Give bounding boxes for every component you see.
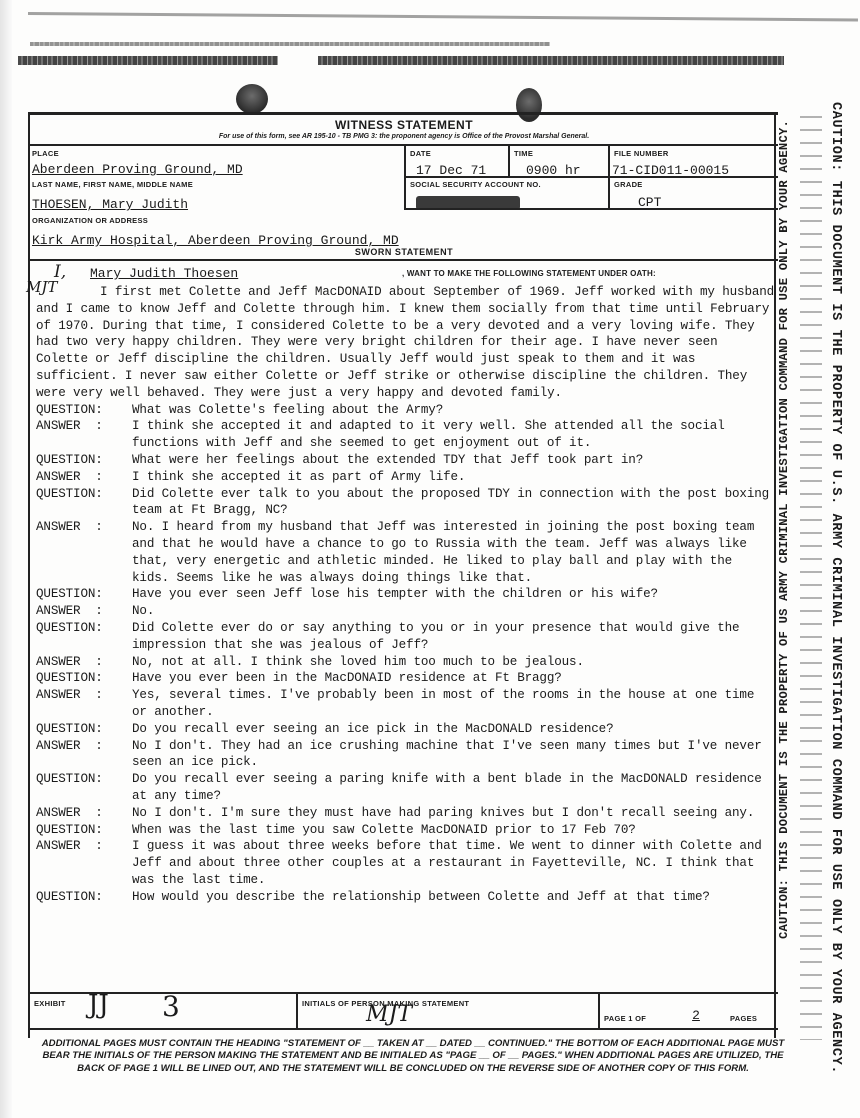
pages-label: PAGES [730,1014,757,1023]
form-right-border [774,112,776,1038]
question-row: QUESTION:Do you recall ever seeing a par… [36,771,776,805]
answer-row: ANSWER :No I don't. They had an ice crus… [36,738,776,772]
exhibit-label: EXHIBIT [34,999,66,1008]
qa-key: ANSWER : [36,418,132,452]
qa-text: Have you ever been in the MacDONAID resi… [132,670,776,687]
date-label: DATE [410,149,431,158]
scan-noise [800,110,822,1040]
divider [30,259,778,261]
question-row: QUESTION:Have you ever seen Jeff lose hi… [36,586,776,603]
grade-label: GRADE [614,180,643,189]
answer-row: ANSWER :No, not at all. I think she love… [36,654,776,671]
statement-body: I first met Colette and Jeff MacDONAID a… [36,284,776,905]
form-subtitle: For use of this form, see AR 195-10 - TB… [30,133,778,140]
scan-artifact-rule [28,12,858,22]
question-row: QUESTION:When was the last time you saw … [36,822,776,839]
qa-key: QUESTION: [36,486,132,520]
question-row: QUESTION:Do you recall ever seeing an ic… [36,721,776,738]
caution-notice-inner: CAUTION: THIS DOCUMENT IS THE PROPERTY O… [777,120,791,939]
qa-key: ANSWER : [36,469,132,486]
qa-key: QUESTION: [36,670,132,687]
qa-text: When was the last time you saw Colette M… [132,822,776,839]
question-row: QUESTION:Did Colette ever talk to you ab… [36,486,776,520]
qa-text: What were her feelings about the extende… [132,452,776,469]
scan-noise [30,42,550,46]
question-row: QUESTION:Have you ever been in the MacDO… [36,670,776,687]
oath-label: , WANT TO MAKE THE FOLLOWING STATEMENT U… [402,269,656,278]
qa-text: Did Colette ever talk to you about the p… [132,486,776,520]
scan-noise [318,56,784,65]
qa-text: Yes, several times. I've probably been i… [132,687,776,721]
qa-text: Do you recall ever seeing a paring knife… [132,771,776,805]
caution-notice-outer: CAUTION: THIS DOCUMENT IS THE PROPERTY O… [828,102,843,1074]
qa-key: ANSWER : [36,738,132,772]
page-total: 2 [676,1008,716,1023]
qa-text: I think she accepted it as part of Army … [132,469,776,486]
question-row: QUESTION:Did Colette ever do or say anyt… [36,620,776,654]
ssn-label: SOCIAL SECURITY ACCOUNT NO. [410,180,541,189]
answer-row: ANSWER :No I don't. I'm sure they must h… [36,805,776,822]
qa-text: I guess it was about three weeks before … [132,838,776,888]
qa-key: QUESTION: [36,586,132,603]
qa-key: ANSWER : [36,805,132,822]
answer-row: ANSWER :I guess it was about three weeks… [36,838,776,888]
divider [404,176,778,178]
scan-edge [0,0,12,1118]
qa-key: QUESTION: [36,771,132,805]
qa-text: Do you recall ever seeing an ice pick in… [132,721,776,738]
form-top-border [30,112,778,115]
name-label: LAST NAME, FIRST NAME, MIDDLE NAME [32,180,193,189]
oath-name: Mary Judith Thoesen [90,266,390,281]
qa-key: QUESTION: [36,620,132,654]
name-field: THOESEN, Mary Judith [32,197,188,212]
qa-text: I think she accepted it and adapted to i… [132,418,776,452]
answer-row: ANSWER :I think she accepted it and adap… [36,418,776,452]
qa-key: ANSWER : [36,838,132,888]
time-label: TIME [514,149,533,158]
qa-text: No, not at all. I think she loved him to… [132,654,776,671]
qa-text: No. I heard from my husband that Jeff wa… [132,519,776,586]
form-title: WITNESS STATEMENT [30,118,778,132]
qa-key: QUESTION: [36,822,132,839]
qa-list: QUESTION:What was Colette's feeling abou… [36,402,776,906]
divider [598,992,600,1028]
scan-noise [18,56,278,65]
exhibit-mark: JJ [88,990,109,1020]
initials-value: MJT [366,1002,412,1027]
qa-text: Did Colette ever do or say anything to y… [132,620,776,654]
qa-text: No. [132,603,776,620]
qa-text: No I don't. I'm sure they must have had … [132,805,776,822]
place-label: PLACE [32,149,59,158]
qa-text: Have you ever seen Jeff lose his tempter… [132,586,776,603]
qa-key: QUESTION: [36,402,132,419]
org-label: ORGANIZATION OR ADDRESS [32,216,148,225]
question-row: QUESTION:What were her feelings about th… [36,452,776,469]
divider [508,144,510,176]
page-label: PAGE 1 OF [604,1014,646,1023]
punch-hole [236,84,268,114]
qa-key: ANSWER : [36,687,132,721]
sworn-statement-header: SWORN STATEMENT [30,247,778,257]
qa-key: QUESTION: [36,452,132,469]
divider [30,1028,778,1030]
qa-key: ANSWER : [36,654,132,671]
qa-key: ANSWER : [36,603,132,620]
question-row: QUESTION:How would you describe the rela… [36,889,776,906]
place-field: Aberdeen Proving Ground, MD [32,162,243,177]
statement-opening: I first met Colette and Jeff MacDONAID a… [36,284,776,402]
qa-key: ANSWER : [36,519,132,586]
answer-row: ANSWER :No. I heard from my husband that… [36,519,776,586]
additional-pages-instructions: Additional pages must contain the headin… [32,1038,794,1075]
answer-row: ANSWER :Yes, several times. I've probabl… [36,687,776,721]
org-field: Kirk Army Hospital, Aberdeen Proving Gro… [32,233,399,248]
answer-row: ANSWER :I think she accepted it as part … [36,469,776,486]
file-number-label: FILE NUMBER [614,149,669,158]
qa-text: What was Colette's feeling about the Arm… [132,402,776,419]
exhibit-number: 3 [162,990,180,1023]
witness-statement-form: WITNESS STATEMENT For use of this form, … [28,112,778,1038]
qa-text: No I don't. They had an ice crushing mac… [132,738,776,772]
qa-text: How would you describe the relationship … [132,889,776,906]
question-row: QUESTION:What was Colette's feeling abou… [36,402,776,419]
qa-key: QUESTION: [36,721,132,738]
divider [296,992,298,1028]
answer-row: ANSWER :No. [36,603,776,620]
divider [30,992,778,994]
divider [404,208,778,210]
qa-key: QUESTION: [36,889,132,906]
